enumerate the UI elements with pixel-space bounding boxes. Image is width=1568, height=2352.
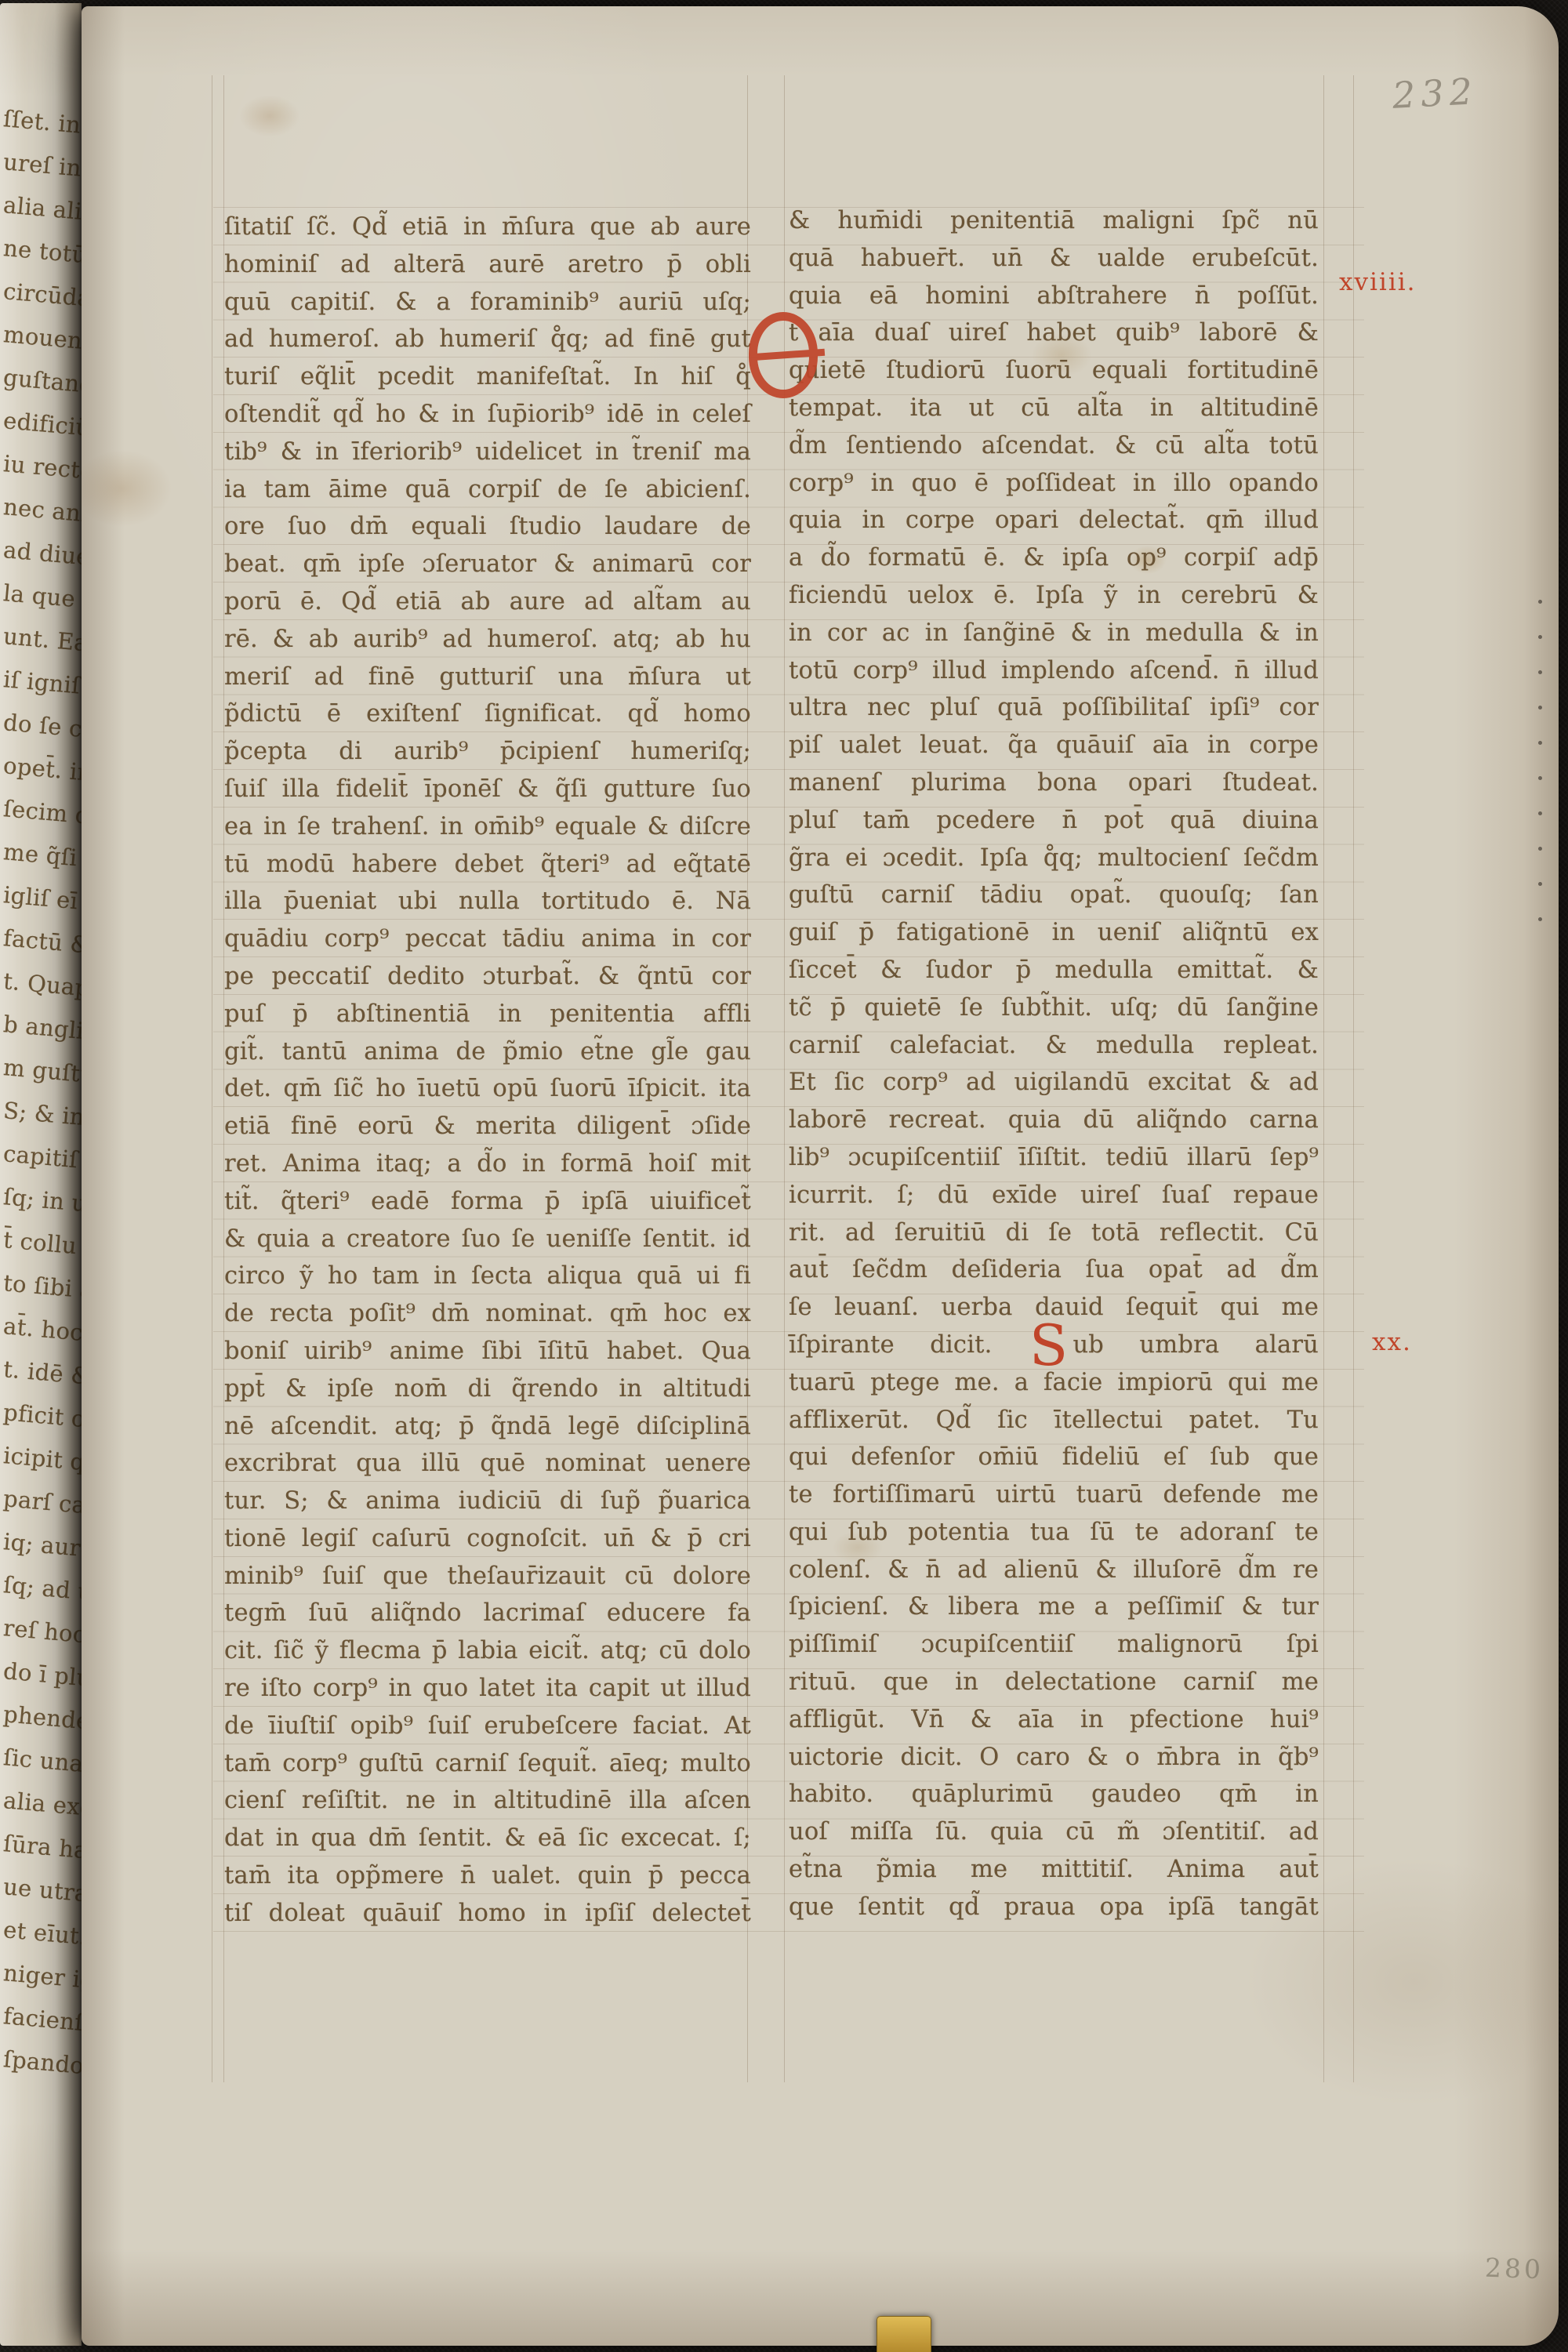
- manuscript-text-line: te fortiſſimarū uirtū tuarū defende me: [789, 1478, 1319, 1515]
- manuscript-text-line: īſpirante dicit. Sub umbra alarū: [789, 1328, 1319, 1366]
- manuscript-text-line: puſ p̄ abſtinentiā in penitentia affli: [224, 997, 751, 1035]
- facing-page-edge: ſſet. in iuſtaureſ in analia aliā ene to…: [0, 3, 82, 2346]
- manuscript-text-line: dat in qua dm̄ ſentit. & eā ſic excecat.…: [224, 1821, 751, 1859]
- prick-mark-dot: [1538, 847, 1542, 851]
- manuscript-text-line: quia eā homini abſtrahere n̄ poſſūt.: [789, 279, 1319, 317]
- manuscript-text-line: de recta poſit⁹ dm̄ nominat. qm̄ hoc ex: [224, 1297, 751, 1334]
- manuscript-text-line: qui ſub potentia tua ſū te adoranſ te: [789, 1515, 1319, 1553]
- manuscript-text-line: lib⁹ ɔcupiſcentiiſ īſiſtit. tediū illarū…: [789, 1141, 1319, 1178]
- text-column-left: ſitatiſ ſc̃. Qd̃ etiā in m̄ſura que ab a…: [224, 210, 751, 1934]
- manuscript-text-line: manenſ plurima bona opari ſtudeat.: [789, 766, 1319, 804]
- manuscript-text-line: tiſ doleat quāuiſ homo in ipſiſ delectet…: [224, 1896, 751, 1934]
- manuscript-text-line: uictorie dicit. O caro & o m̄bra in q̃b⁹: [789, 1740, 1319, 1778]
- manuscript-text-line: ore ſuo dm̄ equali ſtudio laudare de: [224, 510, 751, 547]
- manuscript-text-line: git̃. tantū anima de p̃mio et̃ne gl̃e ga…: [224, 1035, 751, 1073]
- manuscript-text-line: hominiſ ad alterā aurē aretro p̄ obli: [224, 248, 751, 285]
- manuscript-text-line: re iſto corp⁹ in quo latet ita capit ut …: [224, 1671, 751, 1709]
- edge-fragment-line: ſpando mo: [1, 2045, 82, 2102]
- rubricated-initial-E: E: [749, 312, 818, 398]
- prick-mark-dot: [1538, 811, 1542, 815]
- manuscript-text-line: cienſ reſiſtit. ne in altitudinē illa aſ…: [224, 1784, 751, 1821]
- manuscript-text-line: tionē legiſ caſurū cognoſcit. un̄ & p̄ c…: [224, 1522, 751, 1559]
- facing-page-text-fragments: ſſet. in iuſtaureſ in analia aliā ene to…: [2, 105, 82, 2089]
- manuscript-text-line: Et ſic corp⁹ ad uigilandū excitat & ad: [789, 1065, 1319, 1103]
- prick-mark-dot: [1538, 635, 1542, 639]
- manuscript-text-line: ea in ſe trahenſ. in om̄ib⁹ equale & diſ…: [224, 810, 751, 848]
- manuscript-text-line: & quia a creatore ſuo ſe ueniſſe ſentit.…: [224, 1222, 751, 1260]
- manuscript-text-line: ia tam āime quā corpiſ de ſe abicienſ.: [224, 473, 751, 510]
- manuscript-text-line: laborē recreat. quia dū aliq̃ndo carna: [789, 1103, 1319, 1141]
- manuscript-text-line: excribrat qua illū quē nominat uenere: [224, 1446, 751, 1484]
- manuscript-text-line: colenſ. & n̄ ad alienū & illuſorē d̃m re: [789, 1553, 1319, 1591]
- manuscript-text-line: rit. ad ſeruitiū di ſe totā reflectit. C…: [789, 1216, 1319, 1254]
- manuscript-page: 232 ſitatiſ ſc̃. Qd̃ etiā in m̄ſura que …: [82, 6, 1559, 2346]
- manuscript-text-line: minib⁹ ſuiſ que theſaur̄izauit cū dolore: [224, 1559, 751, 1597]
- manuscript-text-line: ſitatiſ ſc̃. Qd̃ etiā in m̄ſura que ab a…: [224, 210, 751, 248]
- manuscript-text-line: rē. & ab aurib⁹ ad humeroſ. atq; ab hu: [224, 622, 751, 660]
- prick-mark-dot: [1538, 917, 1542, 921]
- manuscript-text-line: circo ỹ ho tam in ſecta aliqua quā ui fi: [224, 1259, 751, 1297]
- manuscript-text-line: tam̄ corp⁹ guſtū carniſ ſequit̃. aīeq; m…: [224, 1747, 751, 1784]
- manuscript-text-line: ppt̄ & ipſe nom̄ di q̃rendo in altitudi: [224, 1372, 751, 1410]
- manuscript-text-line: corp⁹ in quo ē poſſideat in illo opando: [789, 466, 1319, 504]
- manuscript-text-line: habito. quāplurimū gaudeo qm̄ in: [789, 1777, 1319, 1815]
- manuscript-text-line: quādiu corp⁹ peccat tādiu anima in cor: [224, 922, 751, 960]
- manuscript-text-line: ſiccet̄ & ſudor p̄ medulla emittat̃. &: [789, 953, 1319, 991]
- rubricated-initial: S: [1029, 1312, 1069, 1378]
- manuscript-text-line: ficiendū uelox ē. Ipſa ỹ in cerebrū &: [789, 579, 1319, 616]
- manuscript-text-line: a d̃o formatū ē. & ipſa op⁹ corpiſ adp̄: [789, 541, 1319, 579]
- manuscript-text-line: guſtū carniſ tādiu opat̃. quouſq; ſan: [789, 878, 1319, 916]
- manuscript-text-line: totū corp⁹ illud implendo aſcend̄. n̄ il…: [789, 654, 1319, 691]
- manuscript-text-line: tur. S; & anima iudiciū di ſup̃ p̃uarica: [224, 1484, 751, 1522]
- manuscript-text-line: afflixerūt. Qd̃ ſic ītellectui patet. Tu: [789, 1403, 1319, 1441]
- prick-mark-dot: [1538, 741, 1542, 745]
- manuscript-text-line: tib⁹ & in īferiorib⁹ uidelicet in t̃reni…: [224, 435, 751, 473]
- manuscript-text-line: piſſimiſ ɔcupiſcentiiſ malignorū ſpi: [789, 1628, 1319, 1665]
- manuscript-text-line: beat. qm̄ ipſe ɔſeruator & animarū cor: [224, 547, 751, 585]
- ruling-line-vertical: [212, 75, 212, 2082]
- manuscript-text-line: ultra nec pluſ quā poſſibilitaſ ipſi⁹ co…: [789, 691, 1319, 728]
- manuscript-text-line: ſuiſ illa fidelit̄ īponēſ & q̃ſi gutture…: [224, 772, 751, 810]
- manuscript-text-line: qui defenſor om̄iū fideliū eſ ſub que: [789, 1440, 1319, 1478]
- manuscript-text-line: cit. ſic̃ ỹ flecma p̄ labia eicit̃. atq;…: [224, 1634, 751, 1671]
- chapter-numeral-xviiii: xviiii.: [1339, 268, 1417, 296]
- prick-mark-dot: [1538, 670, 1542, 674]
- manuscript-text-line: rituū. que in delectatione carniſ me: [789, 1665, 1319, 1703]
- prick-mark-dot: [1538, 706, 1542, 710]
- prick-mark-dot: [1538, 882, 1542, 886]
- manuscript-text-line: aut̄ ſec̃dm deſideria ſua opat̄ ad d̃m: [789, 1253, 1319, 1290]
- manuscript-text-line: icurrit. ſ; dū exīde uireſ ſuaſ repaue: [789, 1178, 1319, 1216]
- manuscript-text-line: & hum̄idi penitentiā maligni ſpc̃ nū: [789, 204, 1319, 241]
- manuscript-text-line: p̃dictū ē exiſtenſ ſignificat. qd̃ homo: [224, 697, 751, 735]
- manuscript-text-line: porū ē. Qd̃ etiā ab aure ad alt̃am au: [224, 585, 751, 622]
- manuscript-text-line: meriſ ad finē gutturiſ una m̄ſura ut: [224, 660, 751, 698]
- manuscript-text-line: p̃cepta di aurib⁹ p̄cipienſ humeriſq;: [224, 735, 751, 772]
- manuscript-text-line: ad humeroſ. ab humeriſ q̊q; ad finē gut: [224, 322, 751, 360]
- prick-marks: [1538, 6, 1546, 2346]
- manuscript-text-line: pluſ tam̄ pcedere n̄ pot̄ quā diuina: [789, 804, 1319, 841]
- manuscript-text-line: tit̃. q̃teri⁹ eadē forma p̄ ipſā uiuific…: [224, 1185, 751, 1222]
- manuscript-text-line: etiā finē eorū & merita diligent̄ ɔſide: [224, 1109, 751, 1147]
- manuscript-text-line: in cor ac in ſang̃inē & in medulla & in: [789, 616, 1319, 654]
- prick-mark-dot: [1538, 776, 1542, 780]
- manuscript-text-line: g̃ra ei ɔcedit. Ipſa q̊q; multocienſ ſec…: [789, 841, 1319, 879]
- prick-mark-dot: [1538, 600, 1542, 604]
- manuscript-text-line: de īiuſtiſ opib⁹ ſuiſ erubeſcere faciat.…: [224, 1709, 751, 1747]
- manuscript-text-line: piſ ualet leuat. q̃a quāuiſ aīa in corpe: [789, 728, 1319, 766]
- bookmark-tab: [877, 2316, 931, 2352]
- manuscript-text-line: guiſ p̄ fatigationē in ueniſ aliq̃ntū ex: [789, 916, 1319, 953]
- faint-shelf-number: 280: [1484, 2252, 1544, 2285]
- manuscript-text-line: tegm̄ ſuū aliq̃ndo lacrimaſ educere fa: [224, 1596, 751, 1634]
- ruling-line-vertical: [1323, 75, 1324, 2082]
- manuscript-text-line: boniſ uirib⁹ anime ſibi īſitū habet. Qua: [224, 1334, 751, 1372]
- manuscript-text-line: d̃m ſentiendo aſcendat. & cū alt̃a totū: [789, 429, 1319, 466]
- manuscript-text-line: det. qm̄ ſic̃ ho īuetū opū ſuorū īſpicit…: [224, 1072, 751, 1109]
- manuscript-text-line: tc̃ p̄ quietē ſe ſubt̃hit. uſq; dū ſang̃…: [789, 991, 1319, 1029]
- folio-number: 232: [1392, 70, 1479, 117]
- manuscript-text-line: quū capitiſ. & a foraminib⁹ auriū uſq;: [224, 285, 751, 323]
- ruling-line-vertical: [1353, 75, 1354, 2082]
- photograph-background: ſſet. in iuſtaureſ in analia aliā ene to…: [0, 0, 1568, 2352]
- manuscript-text-line: ret. Anima itaq; a d̃o in formā hoiſ mit: [224, 1147, 751, 1185]
- manuscript-text-line: tū modū habere debet q̃teri⁹ ad eq̃tatē: [224, 848, 751, 885]
- text-column-right: & hum̄idi penitentiā maligni ſpc̃ nūquā …: [789, 204, 1319, 1928]
- manuscript-text-line: t aīa duaſ uireſ habet quib⁹ laborē &: [789, 316, 1319, 354]
- manuscript-text-line: illa p̄ueniat ubi nulla tortitudo ē. Nā: [224, 884, 751, 922]
- manuscript-text-line: uoſ miſſa ſū. quia cū m̃ ɔſentitiſ. ad: [789, 1815, 1319, 1853]
- manuscript-text-line: oſtendit̃ qd̃ ho & in ſup̄iorib⁹ idē in …: [224, 397, 751, 435]
- chapter-numeral-xx: xx.: [1372, 1328, 1412, 1356]
- manuscript-text-line: affligūt. Vn̄ & aīa in pfectione hui⁹: [789, 1703, 1319, 1740]
- manuscript-text-line: quā habuer̄t. un̄ & ualde erubeſcūt.: [789, 241, 1319, 279]
- manuscript-text-line: ſpicienſ. & libera me a peſſimiſ & tur: [789, 1590, 1319, 1628]
- manuscript-text-line: tempat. ita ut cū alt̃a in altitudinē: [789, 391, 1319, 429]
- manuscript-text-line: carniſ calefaciat. & medulla repleat.: [789, 1029, 1319, 1066]
- manuscript-text-line: et̃na p̃mia me mittitiſ. Anima aut̄: [789, 1853, 1319, 1890]
- manuscript-text-line: pe peccatiſ dedito ɔturbat̃. & q̃ntū cor: [224, 960, 751, 997]
- manuscript-text-line: quietē ſtudiorū ſuorū equali fortitudinē: [789, 354, 1319, 391]
- manuscript-text-line: tam̄ ita opp̃mere n̄ ualet. quin p̄ pecc…: [224, 1859, 751, 1896]
- manuscript-text-line: quia in corpe opari delectat̃. qm̄ illud: [789, 503, 1319, 541]
- manuscript-text-line: que ſentit qd̃ praua opa ipſā tangāt: [789, 1890, 1319, 1928]
- manuscript-text-line: nē aſcendit. atq; p̄ q̃ndā legē diſcipli…: [224, 1410, 751, 1447]
- manuscript-text-line: turiſ eq̃lit̄ pcedit manifeſtat̃. In hiſ…: [224, 360, 751, 397]
